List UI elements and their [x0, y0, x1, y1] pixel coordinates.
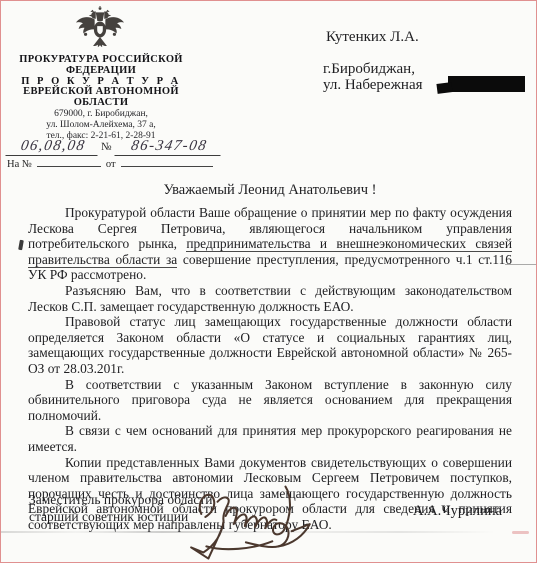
outgoing-number-handwritten: 86-347-08: [114, 138, 223, 156]
ref-number-blank: [37, 157, 101, 167]
letterhead-address-line: 679000, г. Биробиджан,: [3, 109, 199, 120]
scanned-letter-page: ПРОКУРАТУРА РОССИЙСКОЙ ФЕДЕРАЦИИ П Р О К…: [0, 0, 537, 563]
number-sign: №: [101, 141, 112, 153]
incoming-reference-line: На №от: [7, 157, 213, 170]
outgoing-date-handwritten: 06,08,08: [5, 138, 100, 156]
letterhead: ПРОКУРАТУРА РОССИЙСКОЙ ФЕДЕРАЦИИ П Р О К…: [3, 55, 199, 141]
letterhead-address-line: ул. Шолом-Алейхема, 37 а,: [3, 120, 199, 131]
recipient-address-street: ул. Набережная: [323, 77, 423, 94]
coat-of-arms-icon: [71, 6, 129, 53]
redaction-box: [448, 76, 525, 92]
recipient-name: Кутенких Л.А.: [326, 29, 419, 46]
recipient-address-city: г.Биробиджан,: [323, 61, 415, 78]
body-paragraph: В соответствии с указанным Законом вступ…: [28, 377, 512, 424]
body-paragraph: В связи с чем оснований для принятия мер…: [28, 423, 512, 454]
letterhead-org-line: ФЕДЕРАЦИИ: [3, 66, 199, 77]
outgoing-reference-line: 06,08,08№86-347-08: [7, 137, 237, 156]
scan-artifact-line: [1, 531, 537, 533]
signer-position-line: старший советник юстиции: [29, 509, 188, 525]
salutation: Уважаемый Леонид Анатольевич !: [28, 182, 512, 199]
ref-from-label: от: [106, 159, 116, 170]
letterhead-org-line: ОБЛАСТИ: [3, 98, 199, 109]
ink-blot-artifact: [18, 240, 24, 251]
ref-date-blank: [121, 157, 213, 167]
body-paragraph: Разъясняю Вам, что в соответствии с дейс…: [28, 283, 512, 314]
body-paragraph: Правовой статус лиц замещающих государст…: [28, 314, 512, 376]
signer-name: А.А.Чурилина: [413, 503, 502, 520]
body-paragraph: Прокуратурой области Ваше обращение о пр…: [28, 205, 512, 283]
pen-underline-extension: [505, 264, 537, 265]
redaction-box: [436, 82, 452, 94]
signature-icon: [181, 473, 323, 563]
ref-prefix-label: На №: [7, 159, 32, 170]
scan-artifact-smudge: [512, 531, 529, 534]
